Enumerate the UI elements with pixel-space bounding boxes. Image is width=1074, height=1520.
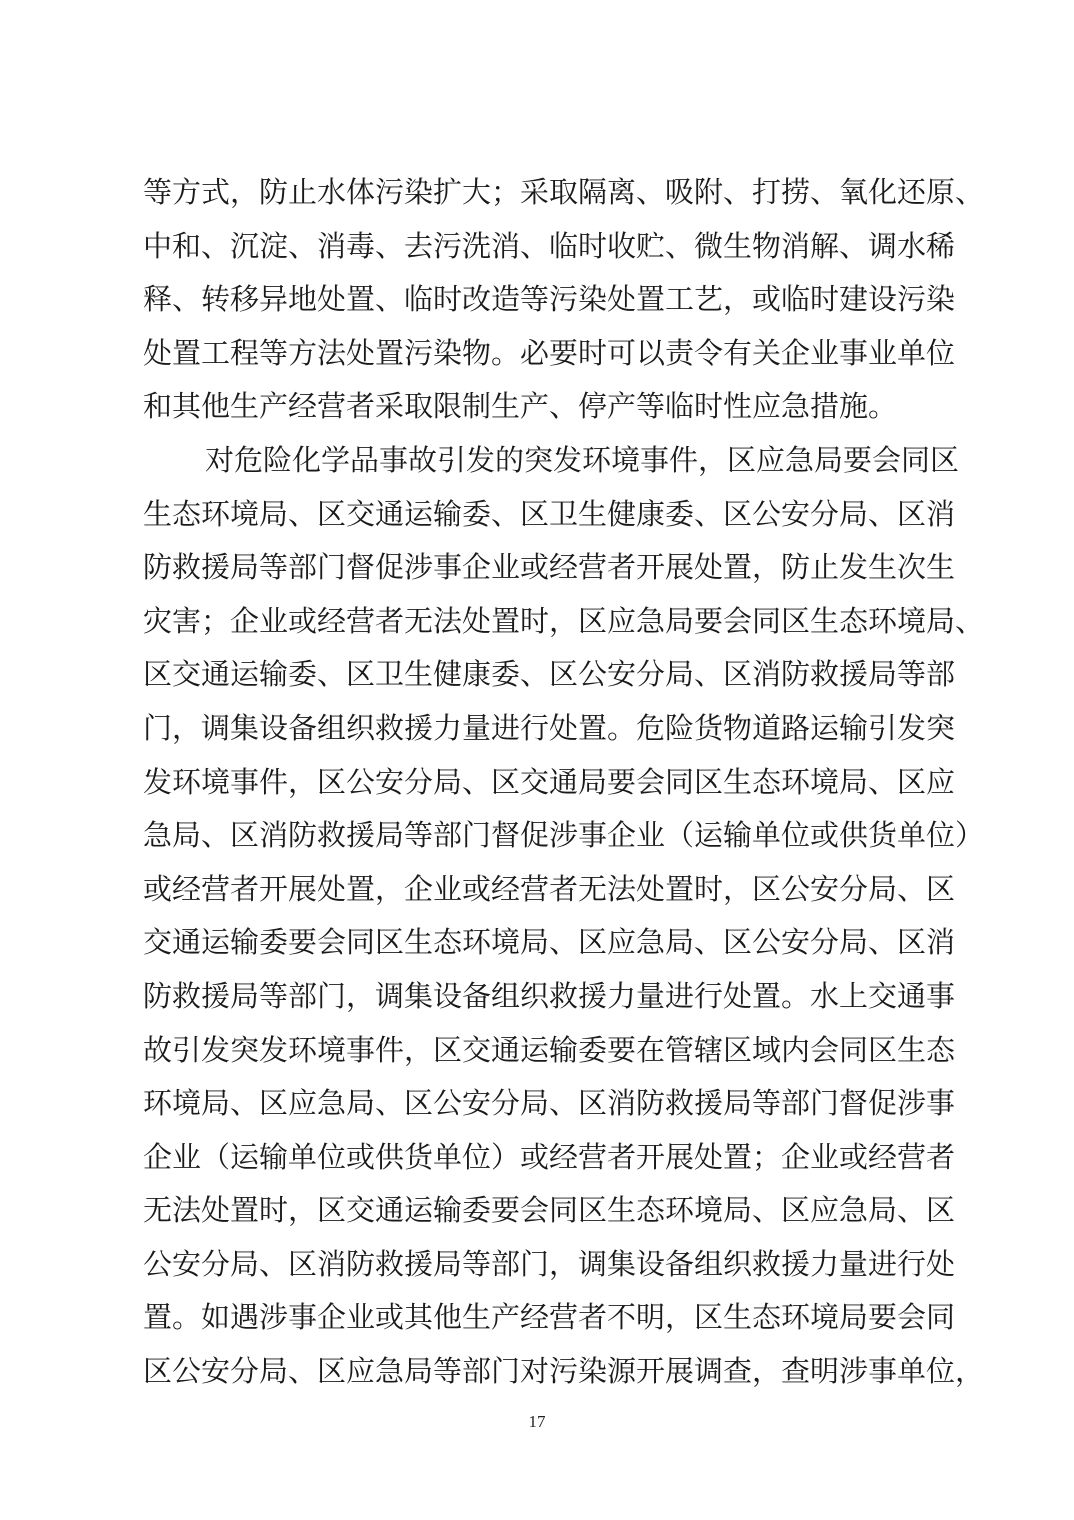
text-line: 发环境事件，区公安分局、区交通局要会同区生态环境局、区应: [143, 756, 943, 810]
text-line: 企业（运输单位或供货单位）或经营者开展处置；企业或经营者: [143, 1131, 943, 1185]
text-line: 交通运输委要会同区生态环境局、区应急局、区公安分局、区消: [143, 916, 943, 970]
text-line: 区公安分局、区应急局等部门对污染源开展调查，查明涉事单位，: [143, 1345, 943, 1399]
text-line: 处置工程等方法处置污染物。必要时可以责令有关企业事业单位: [143, 327, 943, 381]
text-line: 防救援局等部门督促涉事企业或经营者开展处置，防止发生次生: [143, 541, 943, 595]
text-line: 生态环境局、区交通运输委、区卫生健康委、区公安分局、区消: [143, 488, 943, 542]
text-line: 对危险化学品事故引发的突发环境事件，区应急局要会同区: [143, 434, 943, 488]
text-line: 急局、区消防救援局等部门督促涉事企业（运输单位或供货单位）: [143, 809, 943, 863]
body-text: 等方式，防止水体污染扩大；采取隔离、吸附、打捞、氧化还原、 中和、沉淀、消毒、去…: [143, 166, 943, 1399]
text-line: 或经营者开展处置，企业或经营者无法处置时，区公安分局、区: [143, 863, 943, 917]
text-line: 中和、沉淀、消毒、去污洗消、临时收贮、微生物消解、调水稀: [143, 220, 943, 274]
text-line: 门，调集设备组织救援力量进行处置。危险货物道路运输引发突: [143, 702, 943, 756]
paragraph-2: 对危险化学品事故引发的突发环境事件，区应急局要会同区 生态环境局、区交通运输委、…: [143, 434, 943, 1399]
paragraph-1: 等方式，防止水体污染扩大；采取隔离、吸附、打捞、氧化还原、 中和、沉淀、消毒、去…: [143, 166, 943, 434]
text-line: 等方式，防止水体污染扩大；采取隔离、吸附、打捞、氧化还原、: [143, 166, 943, 220]
text-line: 防救援局等部门，调集设备组织救援力量进行处置。水上交通事: [143, 970, 943, 1024]
text-line: 无法处置时，区交通运输委要会同区生态环境局、区应急局、区: [143, 1184, 943, 1238]
text-line: 公安分局、区消防救援局等部门，调集设备组织救援力量进行处: [143, 1238, 943, 1292]
page-number: 17: [0, 1412, 1074, 1432]
text-line: 释、转移异地处置、临时改造等污染处置工艺，或临时建设污染: [143, 273, 943, 327]
text-line: 灾害；企业或经营者无法处置时，区应急局要会同区生态环境局、: [143, 595, 943, 649]
text-line: 区交通运输委、区卫生健康委、区公安分局、区消防救援局等部: [143, 648, 943, 702]
text-line: 环境局、区应急局、区公安分局、区消防救援局等部门督促涉事: [143, 1077, 943, 1131]
text-line: 和其他生产经营者采取限制生产、停产等临时性应急措施。: [143, 380, 943, 434]
text-line: 置。如遇涉事企业或其他生产经营者不明，区生态环境局要会同: [143, 1291, 943, 1345]
text-line: 故引发突发环境事件，区交通运输委要在管辖区域内会同区生态: [143, 1024, 943, 1078]
document-page: 等方式，防止水体污染扩大；采取隔离、吸附、打捞、氧化还原、 中和、沉淀、消毒、去…: [0, 0, 1074, 1520]
